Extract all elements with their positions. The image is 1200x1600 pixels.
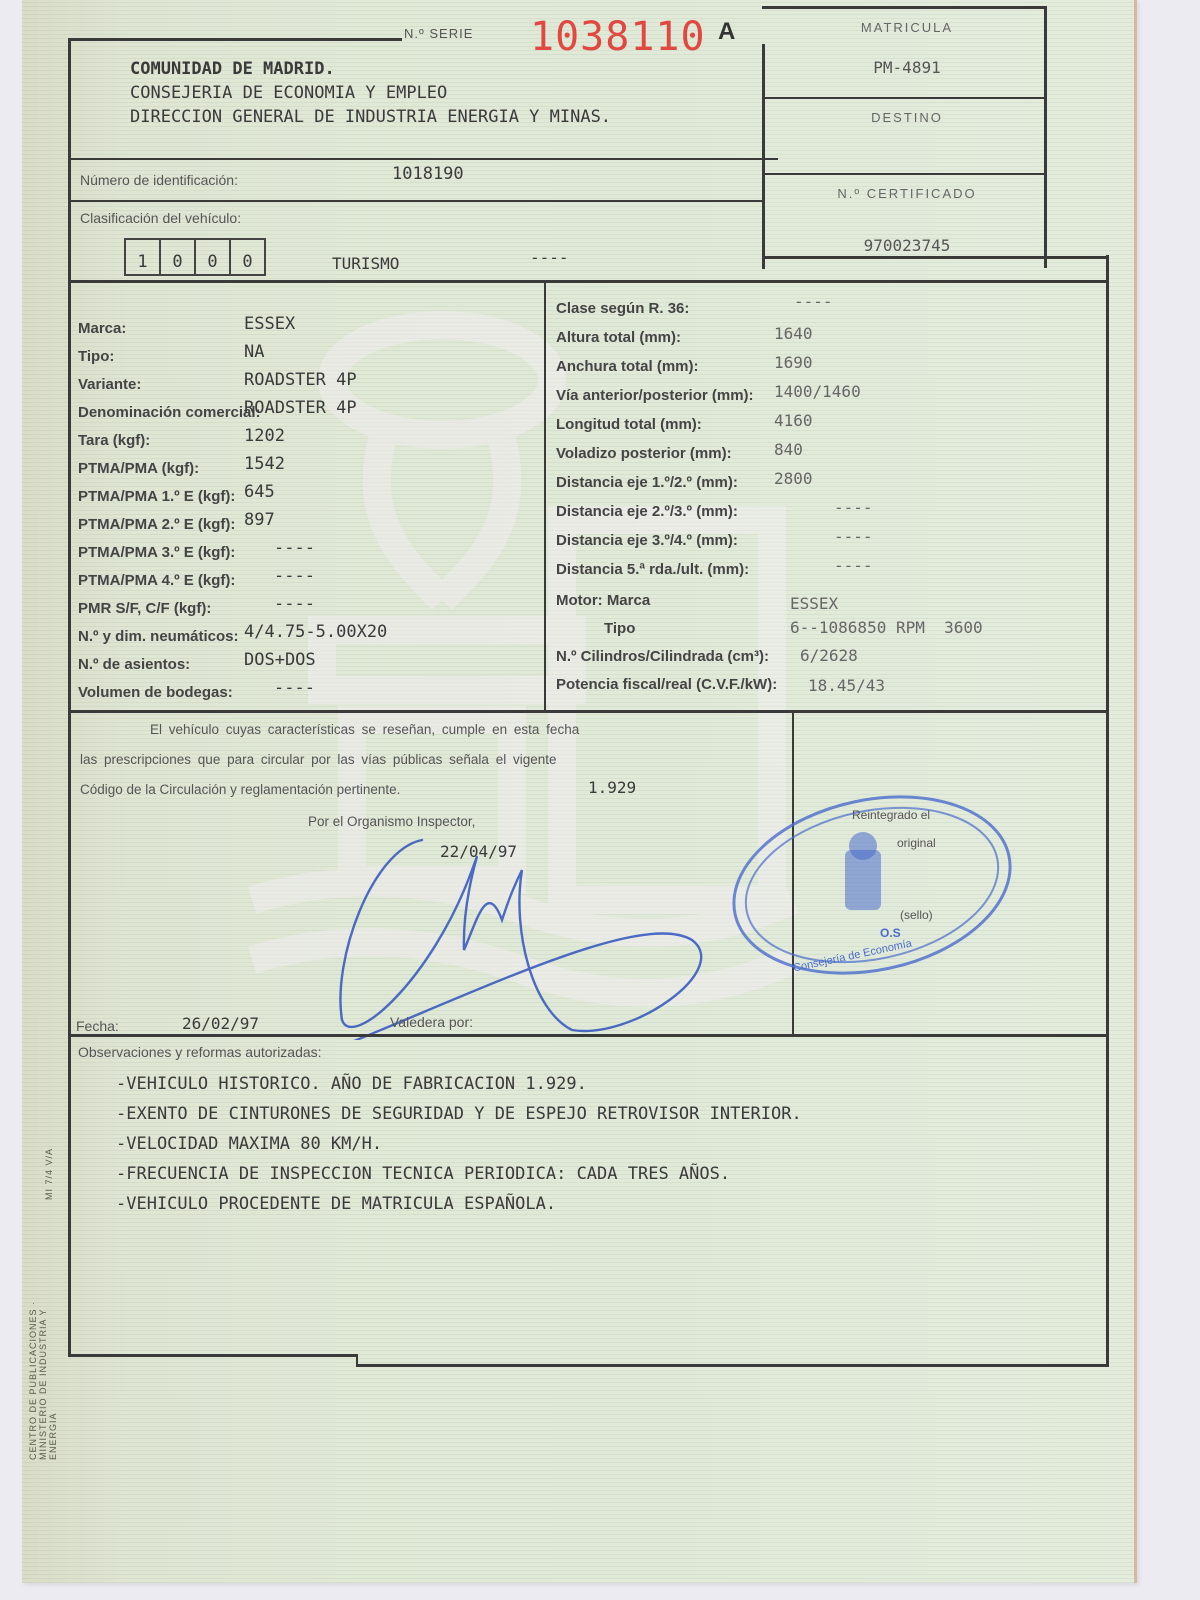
field-tipo: Tipo: bbox=[78, 348, 114, 365]
field-motor-marca-value: ESSEX bbox=[790, 594, 838, 613]
field-marca: Marca: bbox=[78, 320, 126, 337]
header-line-1: COMUNIDAD DE MADRID. bbox=[130, 56, 335, 82]
clasificacion-label: Clasificación del vehículo: bbox=[80, 210, 241, 226]
form-code: MI 7/4 V/A bbox=[44, 1120, 54, 1200]
field-ptma-2e-value: 897 bbox=[244, 510, 275, 530]
field-neumaticos-value: 4/4.75-5.00X20 bbox=[244, 622, 387, 642]
field-clase-r36: Clase según R. 36: bbox=[556, 300, 689, 317]
field-anchura-value: 1690 bbox=[774, 353, 813, 372]
observacion-item: -EXENTO DE CINTURONES DE SEGURIDAD Y DE … bbox=[116, 1104, 802, 1124]
field-eje-1-2-value: 2800 bbox=[774, 469, 813, 488]
field-pmr-value: ---- bbox=[274, 594, 315, 614]
field-potencia: Potencia fiscal/real (C.V.F./kW): bbox=[556, 676, 777, 693]
field-tara: Tara (kgf): bbox=[78, 432, 150, 449]
observaciones-label: Observaciones y reformas autorizadas: bbox=[78, 1044, 322, 1060]
clasificacion-digit: 0 bbox=[194, 238, 229, 276]
field-variante-value: ROADSTER 4P bbox=[244, 370, 357, 390]
serie-suffix: A bbox=[718, 18, 735, 46]
observacion-item: -VEHICULO PROCEDENTE DE MATRICULA ESPAÑO… bbox=[116, 1194, 556, 1214]
field-ptma-1e-value: 645 bbox=[244, 482, 275, 502]
field-marca-value: ESSEX bbox=[244, 314, 295, 334]
observacion-item: -FRECUENCIA DE INSPECCION TECNICA PERIOD… bbox=[116, 1164, 730, 1184]
stamp-original: original bbox=[897, 836, 936, 850]
field-asientos-value: DOS+DOS bbox=[244, 650, 316, 670]
cert-line-1: El vehículo cuyas características se res… bbox=[150, 722, 579, 737]
field-altura-value: 1640 bbox=[774, 324, 813, 343]
field-tara-value: 1202 bbox=[244, 426, 285, 446]
signature-icon bbox=[312, 810, 722, 1040]
field-ptma-value: 1542 bbox=[244, 454, 285, 474]
clasificacion-digit: 0 bbox=[159, 238, 194, 276]
field-eje-3-4: Distancia eje 3.º/4.º (mm): bbox=[556, 532, 738, 549]
field-longitud-value: 4160 bbox=[774, 411, 813, 430]
observacion-item: -VEHICULO HISTORICO. AÑO DE FABRICACION … bbox=[116, 1074, 587, 1094]
field-eje-1-2: Distancia eje 1.º/2.º (mm): bbox=[556, 474, 738, 491]
clasificacion-digit: 1 bbox=[124, 238, 159, 276]
valedera-label: Valedera por: bbox=[390, 1014, 473, 1030]
field-bodegas: Volumen de bodegas: bbox=[78, 684, 233, 701]
field-ptma-4e: PTMA/PMA 4.º E (kgf): bbox=[78, 572, 235, 589]
field-tipo-value: NA bbox=[244, 342, 264, 362]
header-line-2: CONSEJERIA DE ECONOMIA Y EMPLEO bbox=[130, 80, 447, 106]
field-denominacion: Denominación comercial: bbox=[78, 404, 261, 421]
field-distancia-5-value: ---- bbox=[834, 556, 873, 575]
field-distancia-5: Distancia 5.ª rda./ult. (mm): bbox=[556, 561, 749, 578]
certificado-value: 970023745 bbox=[782, 236, 1032, 255]
matricula-label: MATRICULA bbox=[782, 20, 1032, 35]
cert-line-3: Código de la Circulación y reglamentació… bbox=[80, 782, 400, 797]
identificacion-label: Número de identificación: bbox=[80, 172, 238, 188]
cert-year: 1.929 bbox=[588, 778, 636, 797]
fecha-value: 26/02/97 bbox=[182, 1014, 259, 1033]
field-asientos: N.º de asientos: bbox=[78, 656, 190, 673]
field-denominacion-value: ROADSTER 4P bbox=[244, 398, 357, 418]
field-via-value: 1400/1460 bbox=[774, 382, 861, 401]
field-longitud: Longitud total (mm): bbox=[556, 416, 702, 433]
matricula-value: PM-4891 bbox=[782, 58, 1032, 77]
printer-credit: CENTRO DE PUBLICACIONES · MINISTERIO DE … bbox=[28, 1280, 58, 1460]
cert-line-2: las prescripciones que para circular por… bbox=[80, 752, 556, 767]
field-via: Vía anterior/posterior (mm): bbox=[556, 387, 754, 404]
stamp-code: O.S bbox=[880, 926, 901, 940]
stamp-reintegrado: Reintegrado el bbox=[852, 808, 930, 822]
serie-label: N.º SERIE bbox=[404, 26, 473, 41]
stamp-sello: (sello) bbox=[900, 908, 933, 922]
field-eje-2-3: Distancia eje 2.º/3.º (mm): bbox=[556, 503, 738, 520]
fecha-label: Fecha: bbox=[76, 1018, 119, 1034]
field-ptma-4e-value: ---- bbox=[274, 566, 315, 586]
clasificacion-extra: ---- bbox=[530, 248, 569, 267]
clasificacion-type: TURISMO bbox=[332, 254, 399, 273]
field-voladizo: Voladizo posterior (mm): bbox=[556, 445, 732, 462]
field-ptma-2e: PTMA/PMA 2.º E (kgf): bbox=[78, 516, 235, 533]
inspection-card: N.º SERIE 1038110 A COMUNIDAD DE MADRID.… bbox=[22, 0, 1137, 1583]
clasificacion-code: 1000 bbox=[124, 238, 266, 276]
field-ptma-3e-value: ---- bbox=[274, 538, 315, 558]
field-pmr: PMR S/F, C/F (kgf): bbox=[78, 600, 211, 617]
field-ptma-3e: PTMA/PMA 3.º E (kgf): bbox=[78, 544, 235, 561]
field-motor-tipo-value: 6--1086850 RPM 3600 bbox=[790, 618, 983, 637]
header-line-3: DIRECCION GENERAL DE INDUSTRIA ENERGIA Y… bbox=[130, 104, 611, 130]
destino-label: DESTINO bbox=[782, 110, 1032, 125]
field-motor-marca: Motor: Marca bbox=[556, 592, 650, 609]
identificacion-value: 1018190 bbox=[392, 164, 464, 184]
field-altura: Altura total (mm): bbox=[556, 329, 681, 346]
field-bodegas-value: ---- bbox=[274, 678, 315, 698]
field-voladizo-value: 840 bbox=[774, 440, 803, 459]
field-eje-2-3-value: ---- bbox=[834, 498, 873, 517]
field-eje-3-4-value: ---- bbox=[834, 527, 873, 546]
field-cilindros-value: 6/2628 bbox=[800, 646, 858, 665]
field-cilindros: N.º Cilindros/Cilindrada (cm³): bbox=[556, 648, 769, 665]
field-anchura: Anchura total (mm): bbox=[556, 358, 699, 375]
field-clase-r36-value: ---- bbox=[794, 292, 833, 311]
observacion-item: -VELOCIDAD MAXIMA 80 KM/H. bbox=[116, 1134, 382, 1154]
serie-number: 1038110 bbox=[530, 14, 706, 60]
field-potencia-value: 18.45/43 bbox=[808, 676, 885, 695]
field-motor-tipo: Tipo bbox=[604, 620, 635, 637]
field-neumaticos: N.º y dim. neumáticos: bbox=[78, 628, 239, 645]
field-ptma: PTMA/PMA (kgf): bbox=[78, 460, 199, 477]
field-variante: Variante: bbox=[78, 376, 141, 393]
clasificacion-digit: 0 bbox=[229, 238, 266, 276]
field-ptma-1e: PTMA/PMA 1.º E (kgf): bbox=[78, 488, 235, 505]
certificado-label: N.º CERTIFICADO bbox=[782, 186, 1032, 201]
